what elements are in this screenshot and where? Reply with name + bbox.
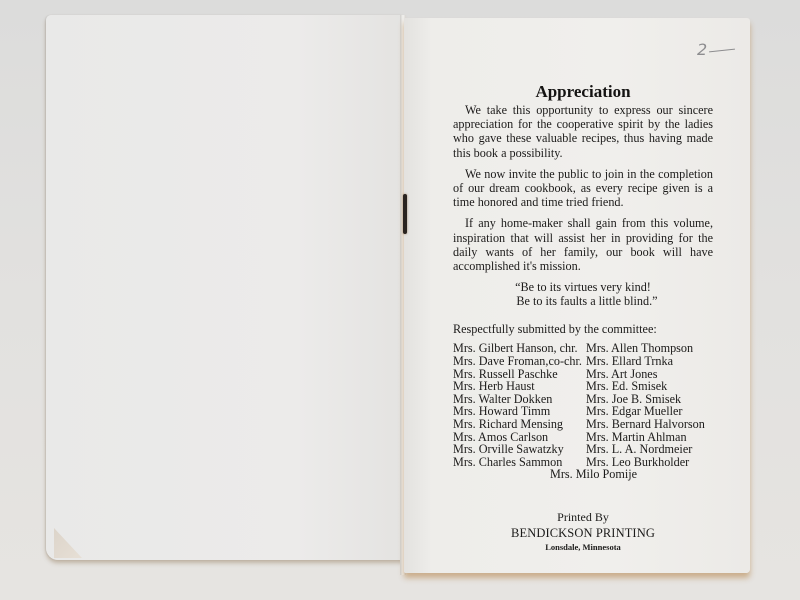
appreciation-content: Appreciation We take this opportunity to…	[453, 82, 713, 553]
committee-member: Mrs. L. A. Nordmeier	[586, 443, 716, 456]
submitted-by-label: Respectfully submitted by the committee:	[453, 322, 713, 336]
committee-member: Mrs. Ellard Trnka	[586, 355, 716, 368]
committee-member: Mrs. Richard Mensing	[453, 418, 586, 431]
staple	[403, 194, 407, 234]
committee-member: Mrs. Bernard Halvorson	[586, 418, 716, 431]
paragraph-1: We take this opportunity to express our …	[453, 103, 713, 160]
paragraph-2: We now invite the public to join in the …	[453, 167, 713, 210]
pencil-dash	[709, 49, 735, 53]
committee-list: Mrs. Gilbert Hanson, chr. Mrs. Allen Tho…	[453, 342, 713, 481]
committee-member: Mrs. Dave Froman,co-chr.	[453, 355, 586, 368]
left-page-blank	[46, 15, 404, 560]
folded-corner	[54, 528, 82, 558]
committee-member: Mrs. Herb Haust	[453, 380, 586, 393]
printer-company: BENDICKSON PRINTING	[453, 525, 713, 543]
paragraph-3: If any home-maker shall gain from this v…	[453, 216, 713, 273]
printer-credit: Printed By BENDICKSON PRINTING Lonsdale,…	[453, 509, 713, 553]
committee-member: Mrs. Ed. Smisek	[586, 380, 716, 393]
page-mark-text: 2	[697, 40, 707, 59]
printed-by-label: Printed By	[453, 509, 713, 525]
poem-line-2: Be to its faults a little blind.”	[453, 294, 713, 308]
page-number-mark: 2	[697, 40, 735, 59]
committee-member: Mrs. Milo Pomije	[453, 468, 716, 481]
poem-line-1: “Be to its virtues very kind!	[453, 280, 713, 294]
committee-member: Mrs. Orville Sawatzky	[453, 443, 586, 456]
printer-location: Lonsdale, Minnesota	[453, 542, 713, 553]
page-title: Appreciation	[453, 82, 713, 102]
poem-quote: “Be to its virtues very kind! Be to its …	[453, 280, 713, 308]
